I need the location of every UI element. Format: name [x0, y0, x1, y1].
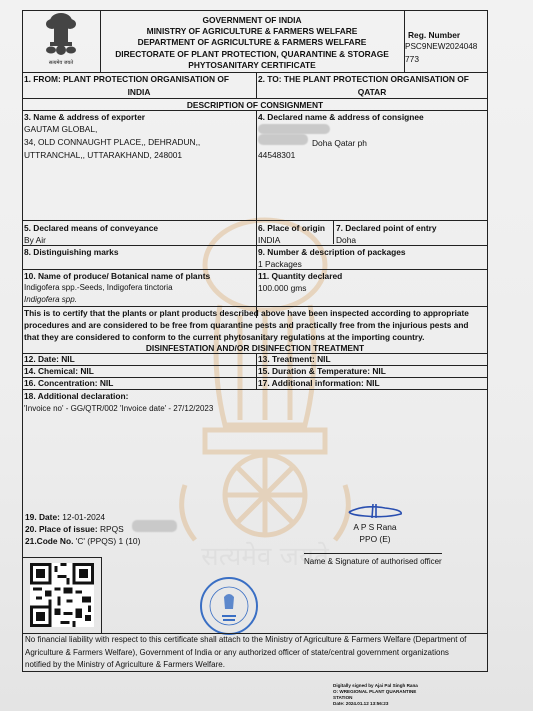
- signature-caption: Name & Signature of authorised officer: [304, 557, 442, 567]
- officer-title: PPO (E): [330, 534, 420, 544]
- officer-name: A P S Rana: [330, 522, 420, 532]
- redacted-consignee-name: [258, 124, 330, 134]
- origin-value: INDIA: [258, 235, 280, 245]
- consignee-phone: 44548301: [258, 150, 295, 160]
- divider: [22, 220, 488, 221]
- treatment-date: 12. Date: NIL: [24, 354, 75, 364]
- official-stamp-icon: [198, 575, 260, 637]
- treatment-additional-info: 17. Additional information: NIL: [258, 378, 380, 388]
- header-line: GOVERNMENT OF INDIA: [100, 15, 404, 26]
- entry-point-label: 7. Declared point of entry: [336, 223, 437, 233]
- treatment-concentration: 16. Concentration: NIL: [24, 378, 113, 388]
- treatment-heading: DISINFESTATION AND/OR DISINFECTION TREAT…: [22, 343, 488, 353]
- conveyance-value: By Air: [24, 235, 46, 245]
- liability-disclaimer: No financial liability with respect to t…: [25, 634, 466, 672]
- national-emblem-icon: [40, 12, 82, 60]
- place-of-issue: 20. Place of issue: RPQS: [25, 524, 124, 534]
- digital-signature-block: Digitally signed by Ajai Pal Singh Rana …: [333, 683, 418, 707]
- code-number: 21.Code No. 'C' (PPQS) 1 (10): [25, 536, 140, 546]
- issuing-authority: GOVERNMENT OF INDIA MINISTRY OF AGRICULT…: [100, 15, 404, 71]
- entry-point-value: Doha: [336, 235, 356, 245]
- to-label: 2. TO: THE PLANT PROTECTION ORGANISATION…: [258, 74, 469, 84]
- divider: [22, 353, 488, 354]
- divider: [22, 389, 488, 390]
- digital-signature-line: Date: 2024.01.12 13:56:23: [333, 701, 418, 707]
- certification-line: procedures and are considered to be free…: [24, 319, 469, 331]
- divider: [256, 353, 257, 389]
- reg-number-value-cont: 773: [405, 54, 419, 64]
- disclaimer-line: Agriculture & Farmers Welfare), Governme…: [25, 647, 466, 660]
- reg-number-label: Reg. Number: [408, 30, 460, 40]
- header-line: DIRECTORATE OF PLANT PROTECTION, QUARANT…: [100, 49, 404, 60]
- origin-label: 6. Place of origin: [258, 223, 325, 233]
- consignee-label: 4. Declared name & address of consignee: [258, 112, 424, 122]
- exporter-label: 3. Name & address of exporter: [24, 112, 145, 122]
- redacted-consignee-address: [258, 134, 308, 145]
- certification-statement: This is to certify that the plants or pl…: [24, 307, 469, 344]
- divider: [22, 98, 488, 99]
- divider: [22, 72, 488, 73]
- divider: [22, 269, 488, 270]
- produce-label: 10. Name of produce/ Botanical name of p…: [24, 271, 210, 281]
- reg-number-value: PSC9NEW2024048: [405, 42, 477, 52]
- conveyance-label: 5. Declared means of conveyance: [24, 223, 158, 233]
- divider: [333, 220, 334, 244]
- exporter-address: UTTRANCHAL,, UTTARAKHAND, 248001: [24, 150, 182, 160]
- quantity-label: 11. Quantity declared: [258, 271, 342, 281]
- qr-code-icon[interactable]: [30, 563, 94, 627]
- additional-declaration-label: 18. Additional declaration:: [24, 391, 128, 401]
- distinguishing-marks-label: 8. Distinguishing marks: [24, 247, 118, 257]
- disclaimer-line: No financial liability with respect to t…: [25, 634, 466, 647]
- packages-label: 9. Number & description of packages: [258, 247, 406, 257]
- certification-line: that they are considered to conform to t…: [24, 331, 469, 343]
- divider: [22, 110, 488, 111]
- redacted-place: [132, 520, 177, 532]
- treatment-type: 13. Treatment: NIL: [258, 354, 331, 364]
- signature-line: [304, 553, 442, 554]
- disclaimer-line: notified by the Ministry of Agriculture …: [25, 659, 466, 672]
- exporter-address: 34, OLD CONNAUGHT PLACE,, DEHRADUN,,: [24, 137, 200, 147]
- certification-line: This is to certify that the plants or pl…: [24, 307, 469, 319]
- treatment-duration: 15. Duration & Temperature: NIL: [258, 366, 386, 376]
- officer-signature-icon: [345, 500, 405, 522]
- botanical-name: Indigofera spp.: [24, 295, 77, 305]
- emblem-caption: सत्यमेव जयते: [38, 60, 84, 66]
- produce-value: Indigofera spp.-Seeds, Indigofera tincto…: [24, 283, 173, 293]
- consignment-heading: DESCRIPTION OF CONSIGNMENT: [22, 100, 488, 110]
- divider: [22, 245, 488, 246]
- header-line: MINISTRY OF AGRICULTURE & FARMERS WELFAR…: [100, 26, 404, 37]
- divider: [256, 110, 257, 220]
- from-label: 1. FROM: PLANT PROTECTION ORGANISATION O…: [24, 74, 229, 84]
- certificate-title: PHYTOSANITARY CERTIFICATE: [100, 60, 404, 71]
- treatment-chemical: 14. Chemical: NIL: [24, 366, 94, 376]
- to-value: QATAR: [256, 87, 488, 97]
- packages-value: 1 Packages: [258, 259, 302, 269]
- quantity-value: 100.000 gms: [258, 283, 306, 293]
- consignee-address: Doha Qatar ph: [312, 138, 367, 148]
- issue-date: 19. Date: 12-01-2024: [25, 512, 105, 522]
- from-value: INDIA: [22, 87, 256, 97]
- exporter-name: GAUTAM GLOBAL,: [24, 124, 97, 134]
- additional-declaration-value: 'Invoice no' - GG/QTR/002 'Invoice date'…: [24, 404, 213, 414]
- header-line: DEPARTMENT OF AGRICULTURE & FARMERS WELF…: [100, 37, 404, 48]
